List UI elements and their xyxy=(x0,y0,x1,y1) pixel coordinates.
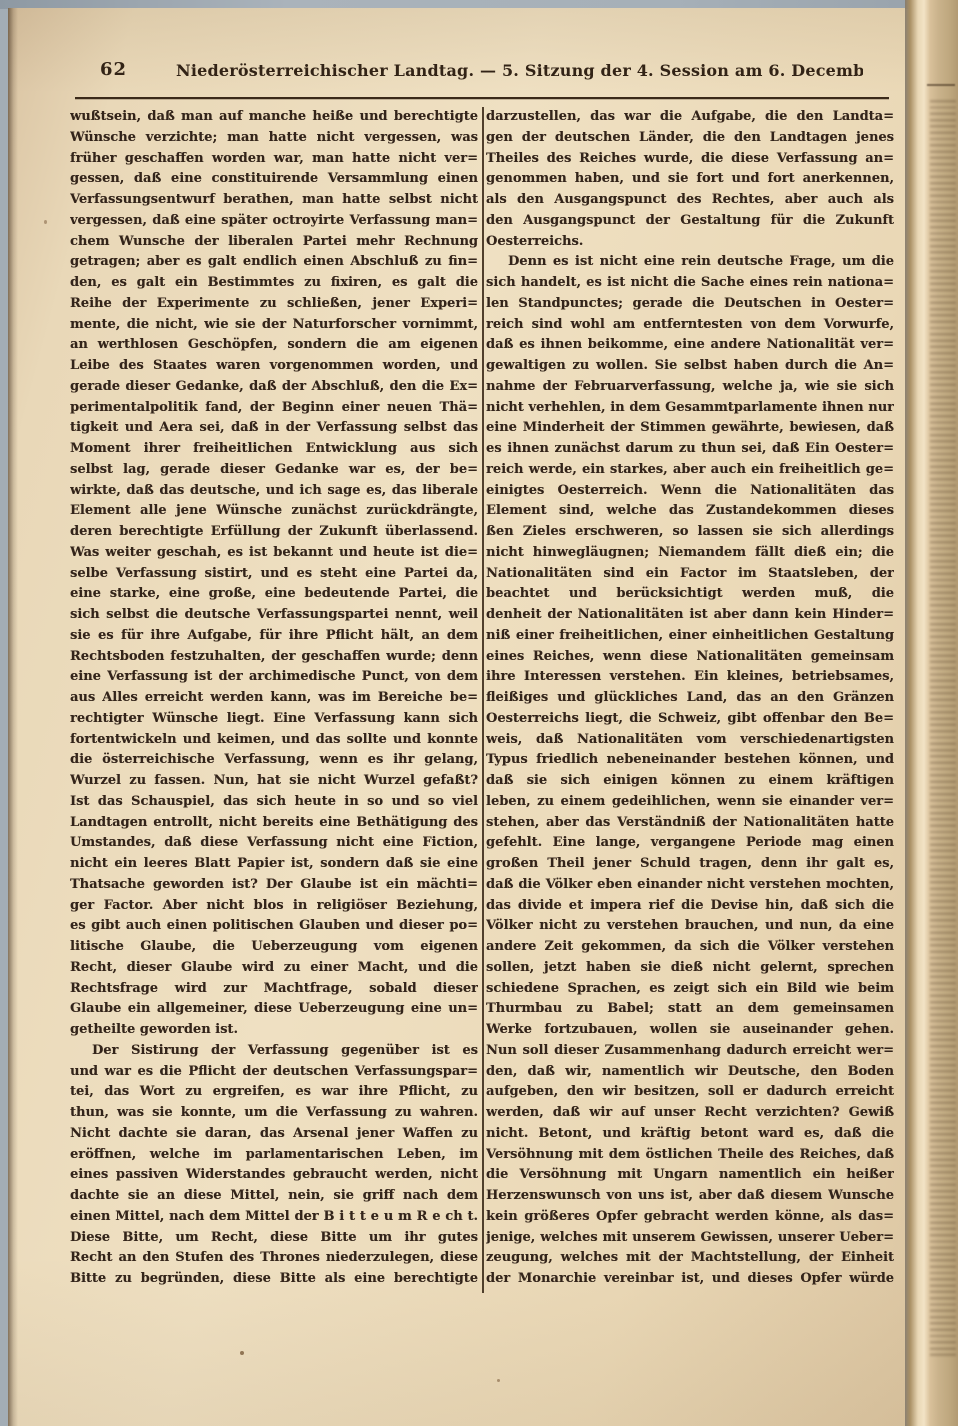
text-line: Nicht dachte sie daran, das Arsenal jene… xyxy=(70,1124,478,1145)
text-line: tigkeit und Aera sei, daß in der Verfass… xyxy=(70,418,478,439)
text-line: zeugung, welches mit der Machtstellung, … xyxy=(486,1248,894,1269)
text-column-left: wußtsein, daß man auf manche heiße und b… xyxy=(70,107,478,1293)
text-line: perimentalpolitik fand, der Beginn einer… xyxy=(70,398,478,419)
text-line: selbst lag, gerade dieser Gedanke war es… xyxy=(70,460,478,481)
text-line: leben, zu einem gedeihlichen, wenn sie e… xyxy=(486,792,894,813)
text-line: mente, die nicht, wie sie der Naturforsc… xyxy=(70,315,478,336)
text-line: darzustellen, das war die Aufgabe, die d… xyxy=(486,107,894,128)
text-line: Recht an den Stufen des Thrones niederzu… xyxy=(70,1248,478,1269)
text-line: gessen, daß eine constituirende Versamml… xyxy=(70,169,478,190)
text-line: werden, daß wir auf unser Recht verzicht… xyxy=(486,1103,894,1124)
text-line: andere Zeit gekommen, da sich die Völker… xyxy=(486,937,894,958)
text-line: den Ausgangspunct der Gestaltung für die… xyxy=(486,211,894,232)
text-line: litische Glaube, die Ueberzeugung vom ei… xyxy=(70,937,478,958)
text-line: deren berechtigte Erfüllung der Zukunft … xyxy=(70,522,478,543)
text-line: großen Theil jener Schuld tragen, denn i… xyxy=(486,854,894,875)
text-line: Typus friedlich nebeneinander bestehen k… xyxy=(486,750,894,771)
text-line: Versöhnung mit dem östlichen Theile des … xyxy=(486,1145,894,1166)
text-line: beachtet und berücksichtigt werden muß, … xyxy=(486,584,894,605)
text-line: sollen, jetzt haben sie dieß nicht geler… xyxy=(486,958,894,979)
text-line: daß es ihnen beikomme, eine andere Natio… xyxy=(486,335,894,356)
text-line: ger Factor. Aber nicht blos in religiöse… xyxy=(70,896,478,917)
text-line: jenige, welches mit unserem Gewissen, un… xyxy=(486,1228,894,1249)
text-line: Wünsche verzichte; man hatte nicht verge… xyxy=(70,128,478,149)
text-line: Thatsache geworden ist? Der Glaube ist e… xyxy=(70,875,478,896)
text-line: Nun soll dieser Zusammenhang dadurch err… xyxy=(486,1041,894,1062)
text-line: Was weiter geschah, es ist bekannt und h… xyxy=(70,543,478,564)
text-line: früher geschaffen worden war, man hatte … xyxy=(70,149,478,170)
text-line: Herzenswunsch von uns ist, aber daß dies… xyxy=(486,1186,894,1207)
text-line: Element alle jene Wünsche zunächst zurüc… xyxy=(70,501,478,522)
page: 62 Niederösterreichischer Landtag. — 5. … xyxy=(8,8,905,1426)
text-line: Wurzel zu fassen. Nun, hat sie nicht Wur… xyxy=(70,771,478,792)
text-line: Glaube ein allgemeiner, diese Ueberzeugu… xyxy=(70,999,478,1020)
page-number: 62 xyxy=(100,59,127,80)
text-line: Thurmbau zu Babel; statt an dem gemeinsa… xyxy=(486,999,894,1020)
text-line: ßen Zieles erschweren, so lassen sie sic… xyxy=(486,522,894,543)
text-line: tei, das Wort zu ergreifen, es war ihre … xyxy=(70,1082,478,1103)
text-line: Leibe des Staates waren vorgenommen word… xyxy=(70,356,478,377)
text-line: Rechtsboden festzuhalten, der geschaffen… xyxy=(70,647,478,668)
next-page-rule-ghost xyxy=(927,84,955,86)
text-line: thun, was sie konnte, um die Verfassung … xyxy=(70,1103,478,1124)
text-line: kein größeres Opfer gebracht werden könn… xyxy=(486,1207,894,1228)
page-header-title: Niederösterreichischer Landtag. — 5. Sit… xyxy=(176,61,863,80)
text-line: Recht, dieser Glaube wird zu einer Macht… xyxy=(70,958,478,979)
text-line: daß die Völker eben einander nicht verst… xyxy=(486,875,894,896)
text-line: das divide et impera rief die Devise hin… xyxy=(486,896,894,917)
text-line: nicht verhehlen, in dem Gesammtparlament… xyxy=(486,398,894,419)
text-line: getragen; aber es galt endlich einen Abs… xyxy=(70,252,478,273)
text-line: selbe Verfassung sistirt, und es steht e… xyxy=(70,564,478,585)
text-line: eröffnen, welche im parlamentarischen Le… xyxy=(70,1145,478,1166)
next-page-edge xyxy=(905,0,958,1426)
text-line: Werke fortzubauen, wollen sie auseinande… xyxy=(486,1020,894,1041)
text-line: wirkte, daß das deutsche, und ich sage e… xyxy=(70,481,478,502)
text-line: niß einer freiheitlichen, einer einheitl… xyxy=(486,626,894,647)
text-line: eine Minderheit der Stimmen gewährte, be… xyxy=(486,418,894,439)
text-line: eine starke, eine große, eine bedeutende… xyxy=(70,584,478,605)
text-line: fortentwickeln und keimen, und das sollt… xyxy=(70,730,478,751)
text-columns: wußtsein, daß man auf manche heiße und b… xyxy=(8,107,905,1293)
text-line: Der Sistirung der Verfassung gegenüber i… xyxy=(70,1041,478,1062)
next-page-text-ghost xyxy=(930,100,956,1356)
text-line: eines passiven Widerstandes gebraucht we… xyxy=(70,1165,478,1186)
text-line: sich handelt, es ist nicht die Sache ein… xyxy=(486,273,894,294)
text-line: den, daß wir, namentlich wir Deutsche, d… xyxy=(486,1062,894,1083)
text-line: eine Verfassung ist der archimedische Pu… xyxy=(70,667,478,688)
text-line: gefehlt. Eine lange, vergangene Periode … xyxy=(486,833,894,854)
text-line: Bitte zu begründen, diese Bitte als eine… xyxy=(70,1269,478,1290)
text-line: sie es für ihre Aufgabe, für ihre Pflich… xyxy=(70,626,478,647)
text-line: der Monarchie vereinbar ist, und dieses … xyxy=(486,1269,894,1290)
text-line: stehen, aber das Verständniß der Nationa… xyxy=(486,813,894,834)
ink-speck xyxy=(44,220,47,224)
text-line: Moment ihrer freiheitlichen Entwicklung … xyxy=(70,439,478,460)
text-line: Diese Bitte, um Recht, diese Bitte um ih… xyxy=(70,1228,478,1249)
page-header: 62 Niederösterreichischer Landtag. — 5. … xyxy=(8,8,905,97)
text-line: Oesterreichs liegt, die Schweiz, gibt of… xyxy=(486,709,894,730)
text-column-right: darzustellen, das war die Aufgabe, die d… xyxy=(486,107,894,1293)
text-line: einen Mittel, nach dem Mittel der B i t … xyxy=(70,1207,478,1228)
text-line: Ist das Schauspiel, das sich heute in so… xyxy=(70,792,478,813)
text-line: die österreichische Verfassung, wenn es … xyxy=(70,750,478,771)
text-line: genommen haben, und sie fort und fort an… xyxy=(486,169,894,190)
text-line: nicht. Betont, und kräftig betont ward e… xyxy=(486,1124,894,1145)
text-line: len Standpunctes; gerade die Deutschen i… xyxy=(486,294,894,315)
text-line: weis, daß Nationalitäten vom verschieden… xyxy=(486,730,894,751)
text-line: die Versöhnung mit Ungarn namentlich ein… xyxy=(486,1165,894,1186)
text-line: sich selbst die deutsche Verfassungspart… xyxy=(70,605,478,626)
text-line: Oesterreichs. xyxy=(486,232,894,253)
text-line: Rechtsfrage wird zur Machtfrage, sobald … xyxy=(70,979,478,1000)
text-line: einigtes Oesterreich. Wenn die Nationali… xyxy=(486,481,894,502)
text-line: reich werde, ein starkes, aber auch ein … xyxy=(486,460,894,481)
text-line: aus Alles erreicht werden kann, was im B… xyxy=(70,688,478,709)
text-line: Landtagen entrollt, nicht bereits eine B… xyxy=(70,813,478,834)
text-line: an werthlosen Geschöpfen, sondern die am… xyxy=(70,335,478,356)
text-line: nicht hinwegläugnen; Niemandem fällt die… xyxy=(486,543,894,564)
text-line: Denn es ist nicht eine rein deutsche Fra… xyxy=(486,252,894,273)
text-line: Nationalitäten sind ein Factor im Staats… xyxy=(486,564,894,585)
text-line: als den Ausgangspunct des Rechtes, aber … xyxy=(486,190,894,211)
text-line: getheilte geworden ist. xyxy=(70,1020,478,1041)
text-line: aufgeben, den wir besitzen, soll er dadu… xyxy=(486,1082,894,1103)
text-line: eines Reiches, wenn diese Nationalitäten… xyxy=(486,647,894,668)
text-line: wußtsein, daß man auf manche heiße und b… xyxy=(70,107,478,128)
text-line: Umstandes, daß diese Verfassung nicht ei… xyxy=(70,833,478,854)
ink-speck xyxy=(497,1379,500,1382)
scanned-book-page: 62 Niederösterreichischer Landtag. — 5. … xyxy=(0,0,958,1426)
text-line: gen der deutschen Länder, die den Landta… xyxy=(486,128,894,149)
text-line: schiedene Sprachen, es zeigt sich ein Bi… xyxy=(486,979,894,1000)
text-line: den, es galt ein Bestimmtes zu fixiren, … xyxy=(70,273,478,294)
header-rule xyxy=(75,97,889,99)
binding-gutter-shadow xyxy=(8,8,18,1426)
text-line: gerade dieser Gedanke, daß der Abschluß,… xyxy=(70,377,478,398)
text-line: Element sind, welche das Zustandekommen … xyxy=(486,501,894,522)
ink-speck xyxy=(240,1351,244,1355)
text-line: ihre Interessen verstehen. Ein kleines, … xyxy=(486,667,894,688)
text-line: daß sie sich einigen können zu einem krä… xyxy=(486,771,894,792)
text-line: chem Wunsche der liberalen Partei mehr R… xyxy=(70,232,478,253)
text-line: und war es die Pflicht der deutschen Ver… xyxy=(70,1062,478,1083)
text-line: vergessen, daß eine später octroyirte Ve… xyxy=(70,211,478,232)
text-line: gewaltigen zu wollen. Sie selbst haben d… xyxy=(486,356,894,377)
text-line: reich sind wohl am entferntesten von dem… xyxy=(486,315,894,336)
column-divider-rule xyxy=(482,107,484,1293)
text-line: nicht ein leeres Blatt Papier ist, sonde… xyxy=(70,854,478,875)
text-line: fleißiges und glückliches Land, das an d… xyxy=(486,688,894,709)
text-line: denheit der Nationalitäten ist aber dann… xyxy=(486,605,894,626)
text-line: es gibt auch einen politischen Glauben u… xyxy=(70,916,478,937)
text-line: Reihe der Experimente zu schließen, jene… xyxy=(70,294,478,315)
text-line: Theiles des Reiches wurde, die diese Ver… xyxy=(486,149,894,170)
text-line: dachte sie an diese Mittel, nein, sie gr… xyxy=(70,1186,478,1207)
text-line: Verfassungsentwurf berathen, man hatte s… xyxy=(70,190,478,211)
text-line: es ihnen zunächst darum zu thun sei, daß… xyxy=(486,439,894,460)
text-line: nahme der Februarverfassung, welche ja, … xyxy=(486,377,894,398)
text-line: Völker nicht zu verstehen brauchen, und … xyxy=(486,916,894,937)
text-line: rechtigter Wünsche liegt. Eine Verfassun… xyxy=(70,709,478,730)
